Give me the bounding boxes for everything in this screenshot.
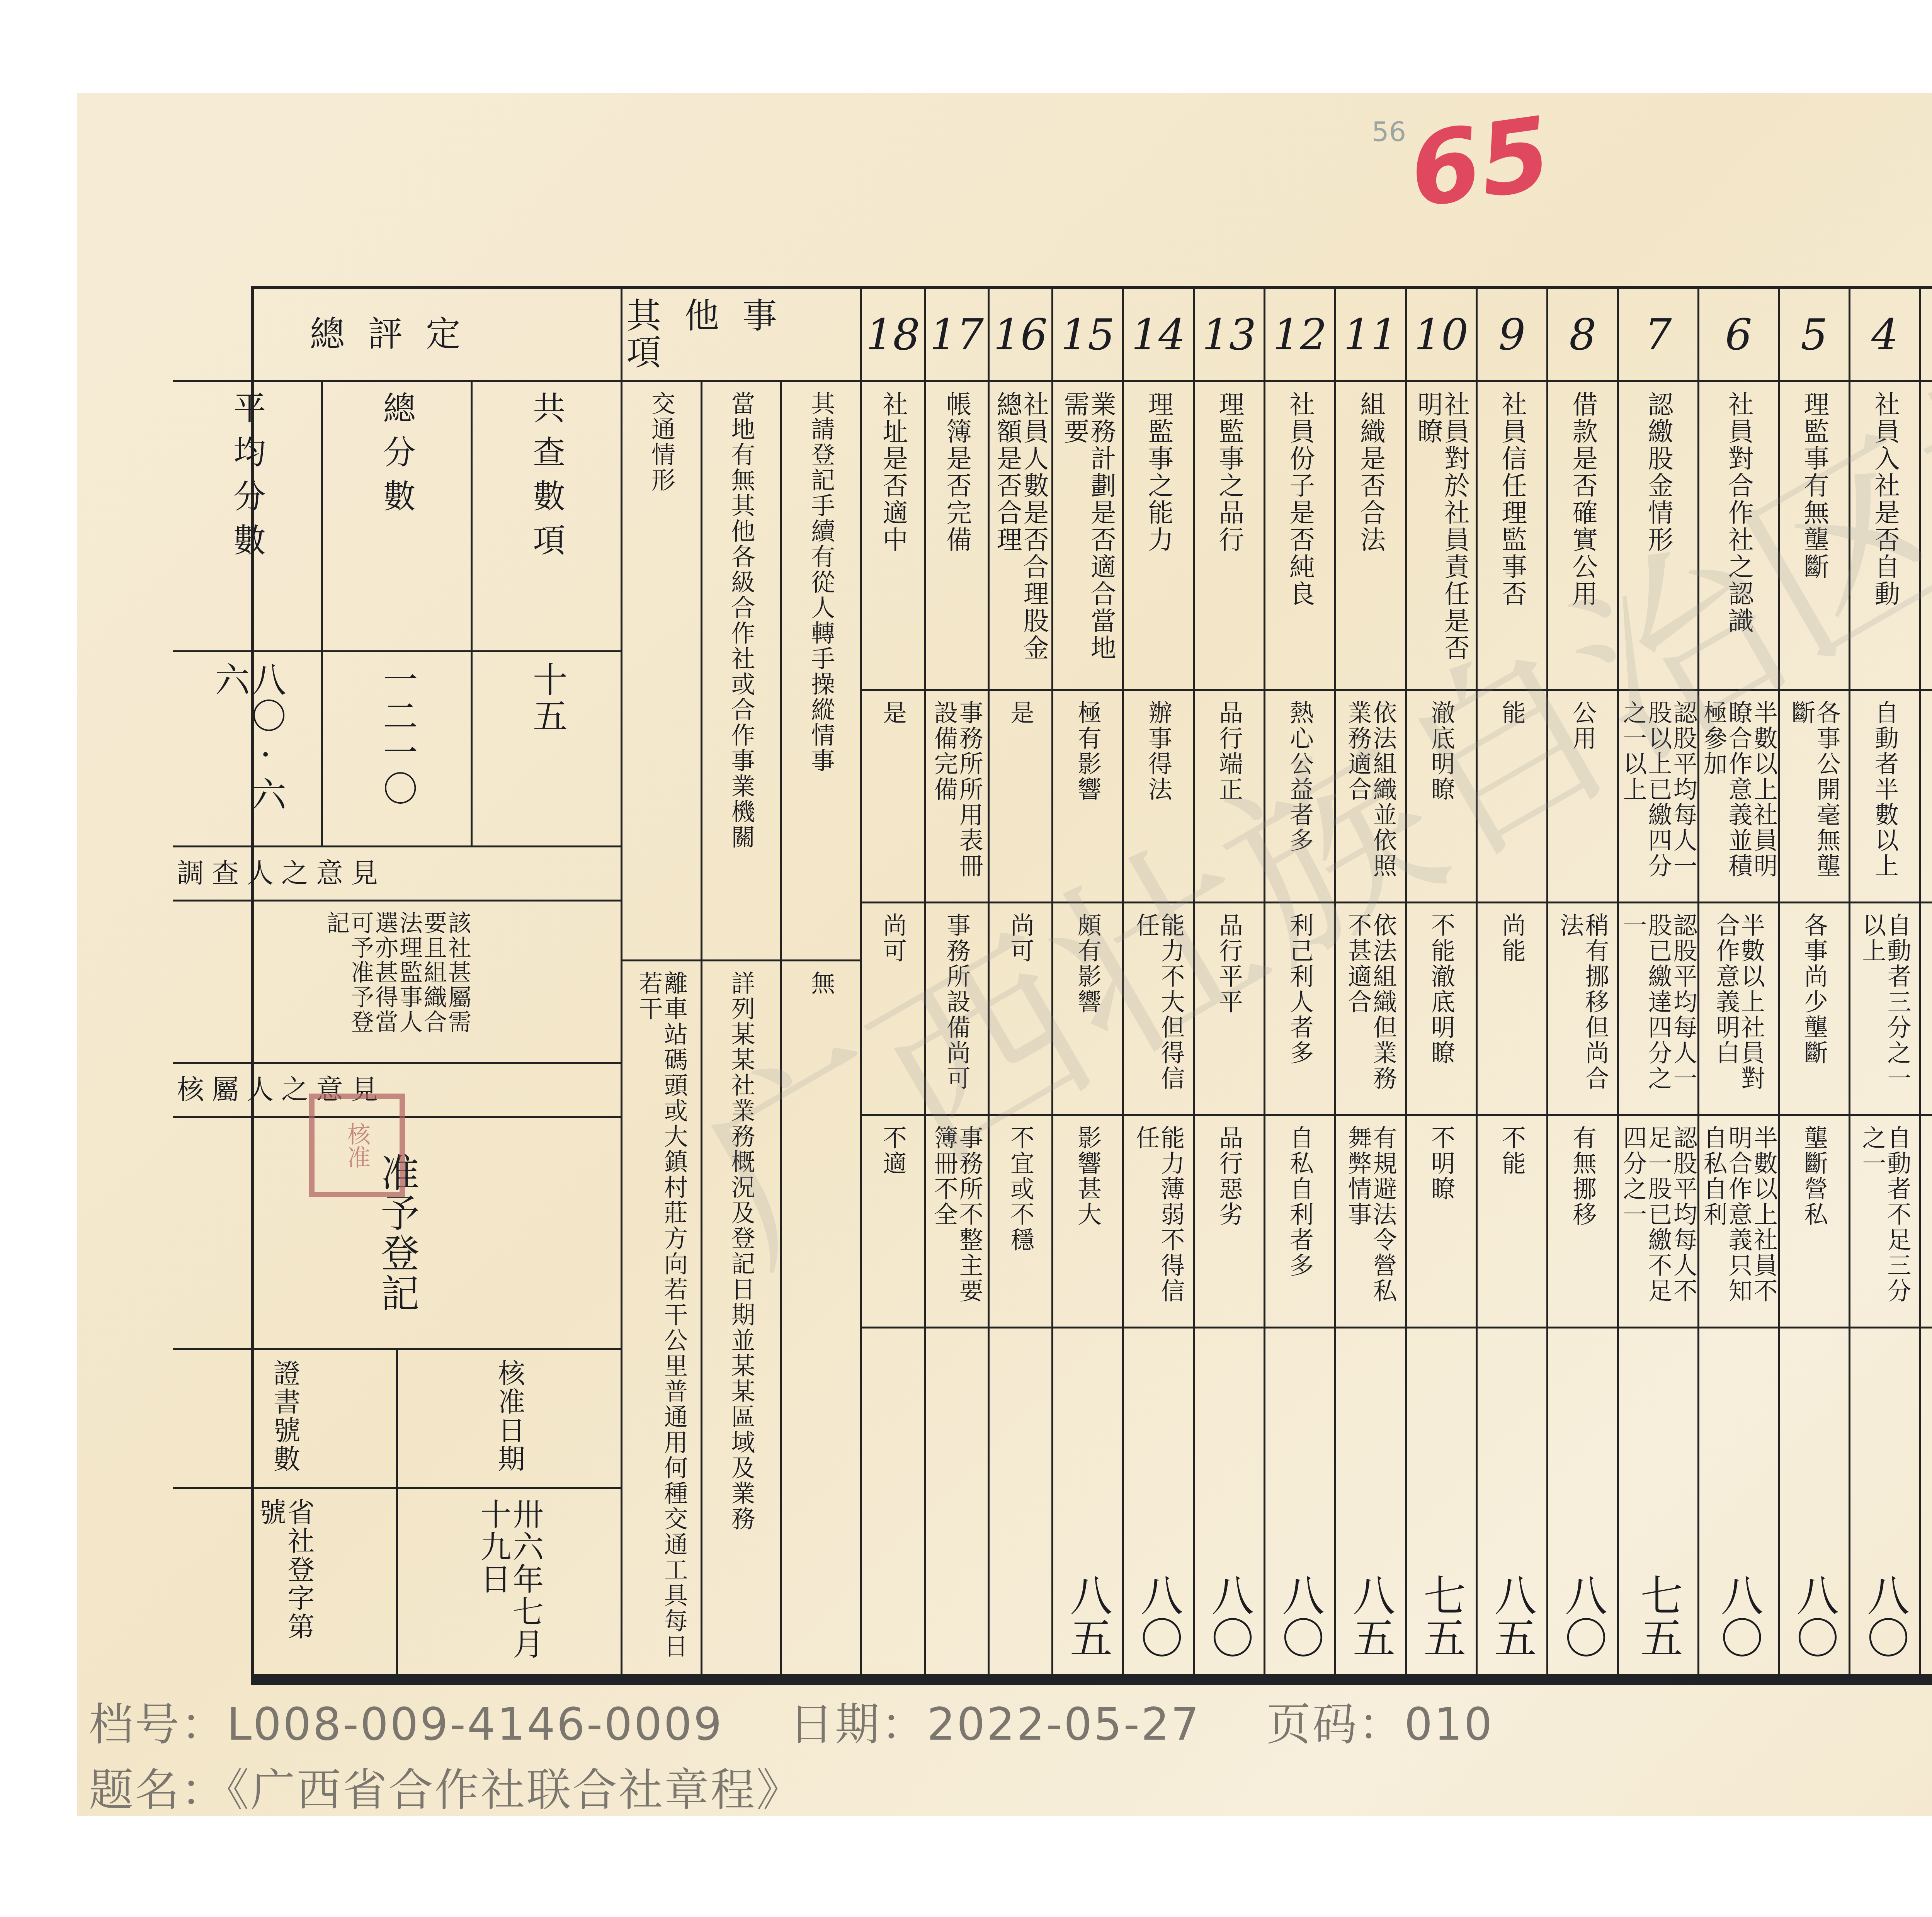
grade-c-text: 自動者不足三分之一 — [1850, 1116, 1919, 1328]
item-description: 社員入社是否自動 — [1850, 382, 1919, 691]
title-label: 题名： — [89, 1764, 227, 1816]
grade-b-text: 品行平平 — [1195, 903, 1264, 1116]
item-column: 15業務計劃是否適合當地需要極有影響頗有影響影響甚大八五 — [1051, 289, 1122, 1674]
faint-page-number: 56 — [1372, 116, 1406, 148]
item-number: 10 — [1407, 289, 1476, 382]
other-items-section: 其他事項其請登記手續有從人轉手操縱情事無當地有無其他各級合作社或合作事業機關詳列… — [621, 289, 860, 1674]
evaluation-header: 總評定 — [173, 289, 621, 382]
item-score: 七五 — [1619, 1328, 1697, 1674]
grade-a-text: 半數以上社員明瞭合作意義並積極參加 — [1699, 691, 1778, 903]
item-score: 八〇 — [1850, 1328, 1919, 1674]
grade-b-text: 尚可 — [862, 903, 924, 1116]
item-number: 18 — [862, 289, 924, 382]
item-number: 4 — [1850, 289, 1919, 382]
item-description: 理監事之能力 — [1124, 382, 1193, 691]
approval-date-value: 卅六年七月十九日 — [398, 1489, 621, 1674]
grade-c-text: 有無挪移 — [1548, 1116, 1617, 1328]
evaluation-stat-label: 平均分數 — [173, 382, 321, 652]
evaluation-section: 總評定共查數項十五總分數一二一〇平均分數八〇·六六調查人之意見該社甚屬需要且組織… — [173, 289, 621, 1674]
item-score: 八〇 — [1699, 1328, 1778, 1674]
item-number: 6 — [1699, 289, 1778, 382]
item-column: 11組織是否合法依法組織並依照業務適合依法組織但業務不甚適合有規避法令營私舞弊情… — [1334, 289, 1405, 1674]
item-description: 帳簿是否完備 — [926, 382, 988, 691]
grade-a-text: 各事公開毫無壟斷 — [1780, 691, 1849, 903]
grade-b-text: 各事尚少壟斷 — [1780, 903, 1849, 1116]
item-score: 八五 — [1053, 1328, 1122, 1674]
item-score: 八〇 — [1195, 1328, 1264, 1674]
grade-a-text: 辦事得法 — [1124, 691, 1193, 903]
evaluation-stat-value: 一二一〇 — [323, 652, 471, 845]
item-description: 社員對合作社之認識 — [1699, 382, 1778, 691]
evaluation-stat-column: 共查數項十五 — [471, 382, 621, 845]
grade-b-text: 頗有影響 — [1053, 903, 1122, 1116]
evaluation-stat-column: 總分數一二一〇 — [321, 382, 471, 845]
grade-b-text: 不能澈底明瞭 — [1407, 903, 1476, 1116]
other-item-answer: 離車站碼頭或大鎮村莊方向若干公里普通用何種交通工具每日若干 — [622, 961, 701, 1674]
other-item-question: 交通情形 — [622, 382, 701, 961]
item-number: 8 — [1548, 289, 1617, 382]
approval-date-label: 核准日期 — [398, 1350, 621, 1489]
grade-a-text: 公用 — [1548, 691, 1617, 903]
item-description: 創立會開會之後社員有無增減 — [1921, 382, 1932, 691]
grade-c-text: 事務所不整主要簿冊不全 — [926, 1116, 988, 1328]
title-value: 《广西省合作社联合社章程》 — [227, 1764, 803, 1816]
date-label: 日期： — [789, 1699, 927, 1750]
grade-a-text: 極有影響 — [1053, 691, 1122, 903]
evaluation-stat-value: 十五 — [473, 652, 621, 845]
item-column: 8借款是否確實公用公用稍有挪移但尚合法有無挪移八〇 — [1546, 289, 1617, 1674]
item-description: 社員人數是否合理股金總額是否合理 — [990, 382, 1051, 691]
grade-b-text: 自動者三分之一以上 — [1850, 903, 1919, 1116]
other-item-answer: 無 — [782, 961, 860, 1674]
item-description: 認繳股金情形 — [1619, 382, 1697, 691]
item-description: 組織是否合法 — [1336, 382, 1405, 691]
grade-c-text: 不能 — [1478, 1116, 1546, 1328]
archive-no-label: 档号： — [89, 1699, 227, 1750]
approval-date-column: 核准日期卅六年七月十九日 — [396, 1350, 621, 1674]
item-column: 6社員對合作社之認識半數以上社員明瞭合作意義並積極參加半數以上社員對合作意義明白… — [1697, 289, 1778, 1674]
grade-b-text: 事務所設備尚可 — [926, 903, 988, 1116]
item-number: 3 — [1921, 289, 1932, 382]
grade-c-text: 品行惡劣 — [1195, 1116, 1264, 1328]
grade-c-text: 能力薄弱不得信任 — [1124, 1116, 1193, 1328]
item-description: 社員信任理監事否 — [1478, 382, 1546, 691]
archive-no-value: L008-009-4146-0009 — [227, 1699, 723, 1750]
table-bottom-rule — [251, 1676, 1932, 1685]
footer-title-line: 题名：《广西省合作社联合社章程》 — [89, 1754, 803, 1818]
surveyor-opinion-value: 該社甚屬需要且組織合法理監事人選亦甚得當可予准予登記 — [173, 902, 621, 1064]
grade-b-text: 認股平均每人一股已繳達四分之一 — [1619, 903, 1697, 1116]
survey-form-table: 依照廣西省合作社聯合社章程社調查表 調查人簽名 陳元焜 調查日期 卅六年 七月 … — [251, 286, 1932, 1677]
item-number: 11 — [1336, 289, 1405, 382]
evaluation-stats: 共查數項十五總分數一二一〇平均分數八〇·六六 — [173, 382, 621, 847]
item-column: 4社員入社是否自動自動者半數以上自動者三分之一以上自動者不足三分之一八〇 — [1849, 289, 1919, 1674]
grade-c-text: 有規避法令營私舞弊情事 — [1336, 1116, 1405, 1328]
grade-c-text: 認股平均每人不足一股已繳不足四分之一 — [1619, 1116, 1697, 1328]
grade-a-text: 事務所所用表冊設備完備 — [926, 691, 988, 903]
grade-b-text: 尚可 — [990, 903, 1051, 1116]
item-score — [926, 1328, 988, 1674]
item-description: 理監事有無壟斷 — [1780, 382, 1849, 691]
item-description: 借款是否確實公用 — [1548, 382, 1617, 691]
other-items-body: 其請登記手續有從人轉手操縱情事無當地有無其他各級合作社或合作事業機關詳列某某社業… — [622, 382, 860, 1674]
page-value: 010 — [1404, 1699, 1494, 1750]
grade-b-text: 稍有挪移但尚合法 — [1548, 903, 1617, 1116]
date-value: 2022-05-27 — [927, 1699, 1201, 1750]
item-score: 八〇 — [1265, 1328, 1334, 1674]
item-score: 八〇 — [1548, 1328, 1617, 1674]
item-column: 14理監事之能力辦事得法能力不大但得信任能力薄弱不得信任八〇 — [1122, 289, 1193, 1674]
grade-b-text: 利己利人者多 — [1265, 903, 1334, 1116]
item-column: 9社員信任理監事否能尚能不能八五 — [1476, 289, 1546, 1674]
item-score: 八五 — [1336, 1328, 1405, 1674]
item-column: 18社址是否適中是尚可不適 — [860, 289, 924, 1674]
item-number: 14 — [1124, 289, 1193, 382]
reviewer-seal: 核准 — [309, 1094, 405, 1197]
item-number: 12 — [1265, 289, 1334, 382]
item-column: 5理監事有無壟斷各事公開毫無壟斷各事尚少壟斷壟斷營私八〇 — [1778, 289, 1849, 1674]
grade-c-text: 不適 — [862, 1116, 924, 1328]
item-number: 9 — [1478, 289, 1546, 382]
evaluation-stat-label: 總分數 — [323, 382, 471, 652]
item-description: 理監事之品行 — [1195, 382, 1264, 691]
grade-b-text: 半數以上社員對合作意義明白 — [1699, 903, 1778, 1116]
grade-c-text: 並不進行顯有把持企圖 — [1921, 1116, 1932, 1328]
item-column: 10社員對於社員責任是否明瞭澈底明瞭不能澈底明瞭不明瞭七五 — [1405, 289, 1476, 1674]
item-number: 15 — [1053, 289, 1122, 382]
item-column: 12社員份子是否純良熱心公益者多利己利人者多自私自利者多八〇 — [1264, 289, 1334, 1674]
grade-a-text: 熱心公益者多 — [1265, 691, 1334, 903]
other-items-header: 其他事項 — [622, 289, 860, 382]
item-score: 七五 — [1407, 1328, 1476, 1674]
certificate-no-value: 省社登字第 號 — [173, 1489, 396, 1674]
evaluation-stat-column: 平均分數八〇·六六 — [173, 382, 321, 845]
other-item-column: 當地有無其他各級合作社或合作事業機關詳列某某社業務概況及登記日期並某某區域及業務 — [701, 382, 781, 1674]
grade-b-text: 略有增加在積極進行中 — [1921, 903, 1932, 1116]
red-page-number: 65 — [1403, 95, 1558, 230]
grade-a-text: 能 — [1478, 691, 1546, 903]
item-score: 八〇 — [1780, 1328, 1849, 1674]
item-column: 7認繳股金情形認股平均每人一股以上已繳四分之一以上認股平均每人一股已繳達四分之一… — [1617, 289, 1697, 1674]
other-item-question: 當地有無其他各級合作社或合作事業機關 — [702, 382, 781, 961]
item-score: 八〇 — [1124, 1328, 1193, 1674]
evaluation-stat-value: 八〇·六六 — [173, 652, 321, 845]
grade-a-text: 依法組織並依照業務適合 — [1336, 691, 1405, 903]
item-description: 社員對於社員責任是否明瞭 — [1407, 382, 1476, 691]
item-number: 16 — [990, 289, 1051, 382]
page-label: 页码： — [1266, 1699, 1404, 1750]
item-score: 七〇 — [1921, 1328, 1932, 1674]
grade-c-text: 半數以上社員不明合作意義只知自私自利 — [1699, 1116, 1778, 1328]
reviewer-seal-text: 核准 — [340, 1122, 374, 1169]
item-score — [990, 1328, 1051, 1674]
item-score — [862, 1328, 924, 1674]
item-description: 業務計劃是否適合當地需要 — [1053, 382, 1122, 691]
item-number: 17 — [926, 289, 988, 382]
grade-c-text: 自私自利者多 — [1265, 1116, 1334, 1328]
other-item-question: 其請登記手續有從人轉手操縱情事 — [782, 382, 860, 961]
item-number: 13 — [1195, 289, 1264, 382]
item-column: 3創立會開會之後社員有無增減已增加一倍且在積極進行中略有增加在積極進行中並不進行… — [1919, 289, 1932, 1674]
grade-b-text: 能力不大但得信任 — [1124, 903, 1193, 1116]
footer-meta-line: 档号：L008-009-4146-0009日期：2022-05-27页码：010 — [89, 1689, 1560, 1752]
certificate-no-column: 證書號數省社登字第 號 — [173, 1350, 396, 1674]
grade-b-text: 尚能 — [1478, 903, 1546, 1116]
grade-a-text: 澈底明瞭 — [1407, 691, 1476, 903]
grade-a-text: 是 — [990, 691, 1051, 903]
grade-a-text: 是 — [862, 691, 924, 903]
item-description: 社址是否適中 — [862, 382, 924, 691]
grade-c-text: 壟斷營私 — [1780, 1116, 1849, 1328]
other-item-column: 交通情形離車站碼頭或大鎮村莊方向若干公里普通用何種交通工具每日若干 — [622, 382, 701, 1674]
other-item-answer: 詳列某某社業務概況及登記日期並某某區域及業務 — [702, 961, 781, 1674]
grade-a-text: 認股平均每人一股以上已繳四分之一以上 — [1619, 691, 1697, 903]
item-score: 八五 — [1478, 1328, 1546, 1674]
certificate-no-label: 證書號數 — [173, 1350, 396, 1489]
grade-a-text: 已增加一倍且在積極進行中 — [1921, 691, 1932, 903]
evaluation-stat-label: 共查數項 — [473, 382, 621, 652]
grade-a-text: 自動者半數以上 — [1850, 691, 1919, 903]
item-number: 7 — [1619, 289, 1697, 382]
item-description: 社員份子是否純良 — [1265, 382, 1334, 691]
grade-c-text: 影響甚大 — [1053, 1116, 1122, 1328]
item-column: 13理監事之品行品行端正品行平平品行惡劣八〇 — [1193, 289, 1264, 1674]
certificate-row: 核准日期卅六年七月十九日證書號數省社登字第 號 — [173, 1350, 621, 1674]
other-item-column: 其請登記手續有從人轉手操縱情事無 — [780, 382, 860, 1674]
item-column: 17帳簿是否完備事務所所用表冊設備完備事務所設備尚可事務所不整主要簿冊不全 — [924, 289, 988, 1674]
grade-a-text: 品行端正 — [1195, 691, 1264, 903]
grade-c-text: 不明瞭 — [1407, 1116, 1476, 1328]
item-column: 16社員人數是否合理股金總額是否合理是尚可不宜或不穩 — [988, 289, 1051, 1674]
surveyor-opinion-label: 調查人之意見 — [173, 847, 621, 902]
grade-c-text: 不宜或不穩 — [990, 1116, 1051, 1328]
grade-b-text: 依法組織但業務不甚適合 — [1336, 903, 1405, 1116]
item-number: 5 — [1780, 289, 1849, 382]
